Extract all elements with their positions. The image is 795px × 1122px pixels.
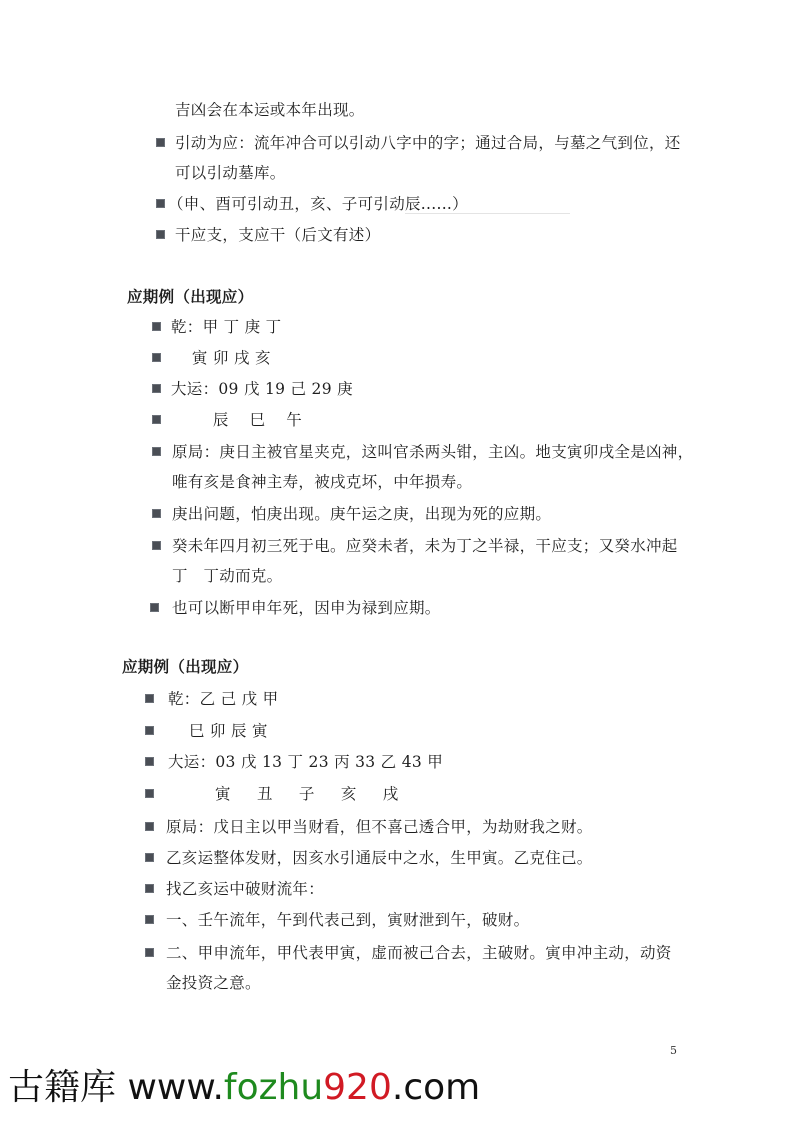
text-line: 寅 卯 戌 亥 [171, 348, 271, 368]
bullet-icon [152, 322, 161, 331]
text-line: 找乙亥运中破财流年： [166, 879, 324, 899]
document-page: 吉凶会在本运或本年出现。 引动为应：流年冲合可以引动八字中的字；通过合局，与墓之… [0, 0, 795, 1122]
text-line: 寅 丑 子 亥 戌 [168, 784, 399, 804]
section-heading: 应期例（出现应） [122, 657, 248, 677]
bullet-icon [145, 915, 154, 924]
text-line: 二、甲申流年，甲代表甲寅，虚而被己合去，主破财。寅申冲主动，动资 [166, 943, 672, 963]
watermark: 古籍库 www.fozhu920.com [8, 1066, 480, 1110]
text-line: 乾：甲 丁 庚 丁 [171, 317, 281, 337]
watermark-suffix: .com [392, 1067, 480, 1108]
text-line: 一、壬午流年，午到代表己到，寅财泄到午，破财。 [166, 910, 529, 930]
bullet-icon [152, 447, 161, 456]
bullet-icon [145, 726, 154, 735]
section-heading: 应期例（出现应） [127, 287, 253, 307]
text-line: 也可以断甲申年死，因申为禄到应期。 [172, 598, 441, 618]
text-line: 唯有亥是食神主寿，被戌克坏，中年损寿。 [172, 472, 472, 492]
text-line: 巳 卯 辰 寅 [168, 721, 268, 741]
text-line: 乾：乙 己 戊 甲 [168, 689, 278, 709]
text-line: 大运：09 戊 19 己 29 庚 [171, 379, 353, 399]
text-line: 大运：03 戊 13 丁 23 丙 33 乙 43 甲 [168, 752, 443, 772]
page-number: 5 [670, 1044, 677, 1057]
text-line: 金投资之意。 [166, 973, 261, 993]
bullet-icon [156, 138, 165, 147]
bullet-icon [145, 822, 154, 831]
text-line: 干应支，支应干（后文有述） [175, 225, 380, 245]
text-line: 吉凶会在本运或本年出现。 [175, 100, 365, 120]
watermark-prefix: 古籍库 www. [8, 1067, 224, 1108]
bullet-icon [145, 884, 154, 893]
bullet-icon [152, 353, 161, 362]
bullet-icon [156, 199, 165, 208]
bullet-icon [145, 948, 154, 957]
text-line: 原局：庚日主被官星夹克，这叫官杀两头钳，主凶。地支寅卯戌全是凶神， [172, 442, 693, 462]
bullet-icon [152, 384, 161, 393]
watermark-red: 920 [323, 1067, 392, 1108]
bullet-icon [145, 789, 154, 798]
bullet-icon [145, 853, 154, 862]
text-line: 癸未年四月初三死于电。应癸未者，未为丁之半禄，干应支；又癸水冲起 [172, 536, 678, 556]
watermark-green: fozhu [224, 1067, 323, 1108]
text-line: 原局：戊日主以甲当财看，但不喜己透合甲，为劫财我之财。 [166, 817, 593, 837]
bullet-icon [152, 415, 161, 424]
bullet-icon [145, 694, 154, 703]
bullet-icon [145, 757, 154, 766]
text-line: 可以引动墓库。 [175, 163, 286, 183]
text-line: （申、酉可引动丑，亥、子可引动辰......） [168, 194, 468, 214]
text-line: 丁 丁动而克。 [172, 566, 282, 586]
text-line: 乙亥运整体发财，因亥水引通辰中之水，生甲寅。乙克住己。 [166, 848, 593, 868]
bullet-icon [150, 603, 159, 612]
text-line: 辰 巳 午 [171, 410, 302, 430]
text-line: 庚出问题，怕庚出现。庚午运之庚，出现为死的应期。 [172, 504, 551, 524]
bullet-icon [152, 509, 161, 518]
scan-mark [405, 213, 570, 214]
bullet-icon [152, 541, 161, 550]
bullet-icon [156, 230, 165, 239]
text-line: 引动为应：流年冲合可以引动八字中的字；通过合局，与墓之气到位，还 [175, 133, 681, 153]
